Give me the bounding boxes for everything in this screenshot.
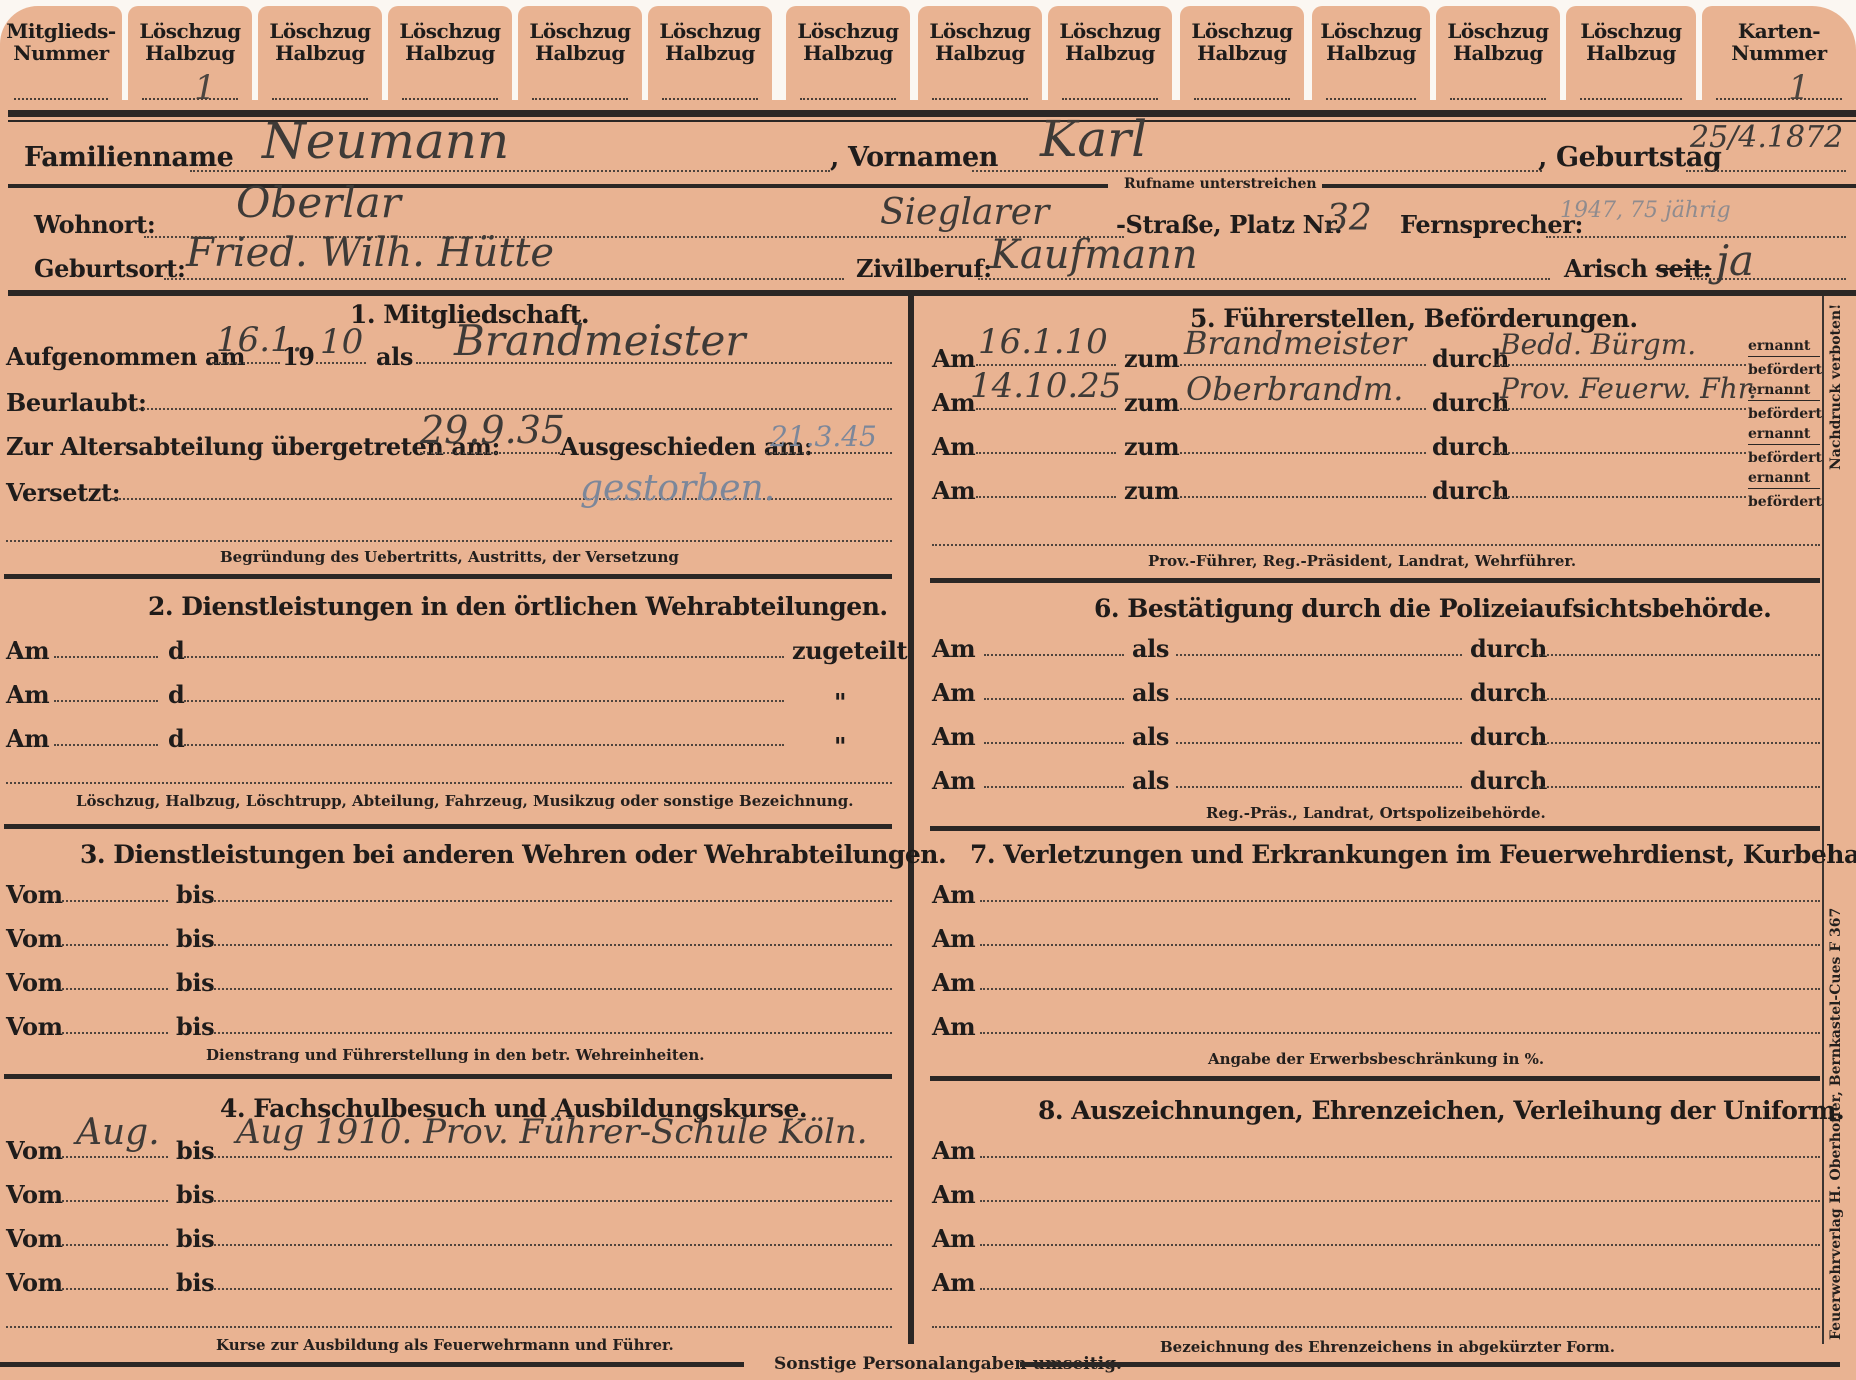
bis-line[interactable]: [214, 1244, 892, 1246]
zum-value: Brandmeister: [1184, 324, 1406, 362]
year-line[interactable]: [316, 362, 366, 364]
am-line[interactable]: [980, 1156, 1820, 1158]
tab-loeschzug-9[interactable]: LöschzugHalbzug: [1180, 6, 1304, 106]
versetzt-label: Versetzt:: [6, 478, 120, 507]
vornamen-value: Karl: [1040, 110, 1147, 168]
section7-bottom-rule: [930, 1076, 1820, 1081]
begruendung-line[interactable]: [6, 540, 892, 542]
tab-dotted-line: [272, 98, 368, 100]
am-line[interactable]: [980, 1032, 1820, 1034]
tab-label-line2: Halbzug: [1048, 42, 1172, 64]
tab-label-line2: Halbzug: [258, 42, 382, 64]
section6-footnote: Reg.-Präs., Landrat, Ortspolizeibehörde.: [1206, 804, 1546, 822]
vom-line[interactable]: [62, 1200, 168, 1202]
zivilberuf-label: Zivilberuf:: [856, 254, 992, 283]
vom-label: Vom: [6, 880, 63, 909]
durch-value: Bedd. Bürgm.: [1500, 328, 1696, 361]
wohnort-label: Wohnort:: [34, 210, 155, 239]
ernannt-label: ernannt: [1748, 470, 1810, 486]
zum-label: zum: [1124, 476, 1179, 505]
tab-loeschzug-11[interactable]: LöschzugHalbzug: [1436, 6, 1560, 106]
zum-label: zum: [1124, 388, 1179, 417]
side-divider: [1748, 444, 1820, 445]
vom-line[interactable]: [62, 1032, 168, 1034]
am-label: Am: [932, 432, 975, 461]
header-bottom-rule: [8, 290, 1856, 296]
am-line[interactable]: [976, 496, 1116, 498]
tab-loeschzug-12[interactable]: LöschzugHalbzug: [1566, 6, 1696, 106]
am-label: Am: [932, 1136, 975, 1165]
zugeteilt-label: zugeteilt: [792, 636, 907, 665]
tab-dotted-line: [1580, 98, 1682, 100]
am-label: Am: [932, 634, 975, 663]
bis-label: bis: [176, 1268, 214, 1297]
als-value: Brandmeister: [454, 316, 745, 365]
tab-dotted-line: [1194, 98, 1290, 100]
geburtsort-value: Fried. Wilh. Hütte: [186, 230, 554, 276]
tab-value: 1: [158, 68, 252, 108]
section8-title: 8. Auszeichnungen, Ehrenzeichen, Verleih…: [1038, 1096, 1844, 1125]
als-label: als: [376, 342, 413, 371]
section7-footnote: Angabe der Erwerbsbeschränkung in %.: [1208, 1050, 1544, 1068]
durch-line[interactable]: [1496, 496, 1746, 498]
als-line[interactable]: [1176, 654, 1462, 656]
bottom-rule-right: [1020, 1362, 1840, 1367]
durch-line[interactable]: [1536, 654, 1820, 656]
am-value: 16.1.10: [978, 322, 1108, 362]
am-label: Am: [6, 724, 49, 753]
section6-bottom-rule: [930, 826, 1820, 831]
am-label: Am: [932, 766, 975, 795]
am-label: Am: [932, 1012, 975, 1041]
tab-label-line1: Löschzug: [128, 20, 252, 42]
rufname-hint: Rufname unterstreichen: [1124, 176, 1317, 192]
bis-label: bis: [176, 880, 214, 909]
fernsprecher-value: 1947, 75 jährig: [1560, 198, 1731, 223]
durch-label: durch: [1432, 476, 1509, 505]
side-divider: [1748, 488, 1820, 489]
vom-line[interactable]: [62, 1288, 168, 1290]
am-label: Am: [932, 1268, 975, 1297]
familienname-label: Familienname: [24, 142, 233, 173]
durch-line[interactable]: [1536, 698, 1820, 700]
d-label: d: [168, 680, 184, 709]
unit-line[interactable]: [184, 700, 784, 702]
ernannt-label: ernannt: [1748, 426, 1810, 442]
rufname-rule-left: [8, 184, 1108, 188]
am-line[interactable]: [980, 944, 1820, 946]
tab-label-line2: Halbzug: [1566, 42, 1696, 64]
tab-loeschzug-6[interactable]: LöschzugHalbzug: [786, 6, 910, 106]
durch-label: durch: [1470, 678, 1547, 707]
geburtstag-value: 25/4.1872: [1690, 120, 1843, 155]
zum-line[interactable]: [1180, 364, 1426, 366]
am-label: Am: [932, 880, 975, 909]
tab-label-line2: Halbzug: [648, 42, 772, 64]
tab-label-line1: Löschzug: [388, 20, 512, 42]
tab-value: 1: [1742, 68, 1856, 108]
bis-label: bis: [176, 924, 214, 953]
section3-footnote: Dienstrang und Führerstellung in den bet…: [206, 1046, 704, 1064]
am-label: Am: [6, 680, 49, 709]
tab-label-line2: Halbzug: [1180, 42, 1304, 64]
tab-dotted-line: [402, 98, 498, 100]
vom-label: Vom: [6, 924, 63, 953]
tab-loeschzug-1[interactable]: LöschzugHalbzug 1: [128, 6, 252, 106]
vom-label: Vom: [6, 1012, 63, 1041]
year-prefix: 19: [282, 342, 315, 371]
durch-label: durch: [1470, 722, 1547, 751]
unit-line[interactable]: [184, 656, 784, 658]
date-line[interactable]: [54, 700, 158, 702]
vom-line[interactable]: [62, 988, 168, 990]
side-divider: [1748, 356, 1820, 357]
year-suffix: 10: [320, 322, 363, 362]
section4-footnote: Kurse zur Ausbildung als Feuerwehrmann u…: [216, 1336, 674, 1354]
tab-label-line2: Halbzug: [388, 42, 512, 64]
befoerdert-label: befördert: [1748, 406, 1822, 422]
versetzt-value: gestorben.: [580, 468, 775, 509]
d-label: d: [168, 636, 184, 665]
tab-label-line2: Halbzug: [518, 42, 642, 64]
vom-line[interactable]: [62, 1244, 168, 1246]
d-label: d: [168, 724, 184, 753]
befoerdert-label: befördert: [1748, 494, 1822, 510]
zivilberuf-value: Kaufmann: [990, 232, 1198, 278]
section6-title: 6. Bestätigung durch die Polizeiaufsicht…: [1094, 594, 1771, 623]
section2-bottom-rule: [4, 824, 892, 829]
tab-label-line1: Löschzug: [648, 20, 772, 42]
vom-line[interactable]: [62, 1156, 168, 1158]
tab-loeschzug-7[interactable]: LöschzugHalbzug: [918, 6, 1042, 106]
tab-label-line2: Halbzug: [786, 42, 910, 64]
zum-line[interactable]: [1180, 452, 1426, 454]
section8-footnote: Bezeichnung des Ehrenzeichens in abgekür…: [1160, 1338, 1615, 1356]
am-label: Am: [6, 636, 49, 665]
durch-line[interactable]: [1536, 786, 1820, 788]
tab-label-line2: Halbzug: [1312, 42, 1430, 64]
section5-bottom-rule: [930, 578, 1820, 583]
zum-value: Oberbrandm.: [1186, 370, 1403, 408]
tab-label-line1: Löschzug: [518, 20, 642, 42]
center-divider: [908, 296, 914, 1344]
tab-loeschzug-3[interactable]: LöschzugHalbzug: [388, 6, 512, 106]
durch-line[interactable]: [1496, 408, 1746, 410]
am-line[interactable]: [980, 900, 1820, 902]
rufname-rule-right: [1322, 184, 1856, 188]
tab-label-line2: Nummer: [0, 42, 122, 64]
tab-mitglieds-nummer[interactable]: Mitglieds-Nummer: [0, 6, 122, 106]
arisch-value: ja: [1716, 236, 1754, 285]
am-label: Am: [932, 388, 975, 417]
tab-loeschzug-8[interactable]: LöschzugHalbzug: [1048, 6, 1172, 106]
am-label: Am: [932, 344, 975, 373]
befoerdert-label: befördert: [1748, 362, 1822, 378]
tab-loeschzug-5[interactable]: LöschzugHalbzug: [648, 6, 772, 106]
vom-line[interactable]: [62, 900, 168, 902]
publisher-imprint: Feuerwehrverlag H. Oberhoffer, Bernkaste…: [1828, 908, 1844, 1340]
familienname-line[interactable]: [190, 170, 830, 172]
tab-dotted-line: [1062, 98, 1158, 100]
zum-label: zum: [1124, 344, 1179, 373]
tab-label-line2: Halbzug: [128, 42, 252, 64]
bis-line[interactable]: [214, 1288, 892, 1290]
am-line[interactable]: [980, 1244, 1820, 1246]
am-line[interactable]: [976, 408, 1116, 410]
tab-dotted-line: [662, 98, 758, 100]
bis-label: bis: [176, 1224, 214, 1253]
als-label: als: [1132, 678, 1169, 707]
zum-line[interactable]: [1180, 408, 1426, 410]
margin-divider: [1822, 296, 1824, 1344]
tab-loeschzug-10[interactable]: LöschzugHalbzug: [1312, 6, 1430, 106]
tab-dotted-line: [1326, 98, 1416, 100]
vom-label: Vom: [6, 1224, 63, 1253]
bis-label: bis: [176, 968, 214, 997]
durch-line[interactable]: [1496, 452, 1746, 454]
alters-line[interactable]: [420, 452, 560, 454]
tab-label-line1: Löschzug: [1048, 20, 1172, 42]
tab-dotted-line: [800, 98, 896, 100]
durch-label: durch: [1470, 766, 1547, 795]
bis-line[interactable]: [214, 944, 892, 946]
fernsprecher-line[interactable]: [1546, 236, 1846, 238]
geburtsort-line[interactable]: [164, 278, 844, 280]
als-label: als: [1132, 722, 1169, 751]
unit-line[interactable]: [184, 744, 784, 746]
tab-label-line1: Löschzug: [1436, 20, 1560, 42]
tab-loeschzug-4[interactable]: LöschzugHalbzug: [518, 6, 642, 106]
tab-karten-nummer[interactable]: Karten-Nummer 1: [1702, 6, 1856, 106]
bis-line[interactable]: [214, 988, 892, 990]
durch-line[interactable]: [1496, 364, 1746, 366]
tab-dotted-line: [1716, 98, 1842, 100]
am-label: Am: [932, 722, 975, 751]
am-line[interactable]: [984, 698, 1124, 700]
beurlaubt-label: Beurlaubt:: [6, 388, 147, 417]
tab-label-line1: Löschzug: [918, 20, 1042, 42]
durch-value: Prov. Feuerw. Fhr.: [1500, 372, 1757, 405]
date-line[interactable]: [54, 656, 158, 658]
bis-value: Aug 1910. Prov. Führer-Schule Köln.: [236, 1112, 868, 1152]
am-value: 14.10.25: [970, 366, 1121, 406]
am-line[interactable]: [976, 452, 1116, 454]
tab-dotted-line: [532, 98, 628, 100]
ausgeschieden-value: 21.3.45: [770, 420, 877, 453]
durch-label: durch: [1432, 344, 1509, 373]
bis-line[interactable]: [214, 1200, 892, 1202]
am-label: Am: [932, 678, 975, 707]
section3-bottom-rule: [4, 1074, 892, 1079]
zum-line[interactable]: [1180, 496, 1426, 498]
section2-extra-line[interactable]: [6, 782, 892, 784]
am-line[interactable]: [980, 1288, 1820, 1290]
section4-extra-line[interactable]: [6, 1326, 892, 1328]
am-line[interactable]: [984, 786, 1124, 788]
wohnort-value: Oberlar: [236, 178, 401, 227]
vom-value: Aug.: [76, 1112, 160, 1153]
durch-line[interactable]: [1536, 742, 1820, 744]
ditto-mark: ": [834, 732, 846, 761]
bottom-rule-left: [0, 1362, 744, 1367]
am-line[interactable]: [984, 654, 1124, 656]
tab-label-line1: Löschzug: [1180, 20, 1304, 42]
arisch-line[interactable]: [1690, 278, 1846, 280]
arisch-text: Arisch: [1564, 254, 1648, 283]
section2-footnote: Löschzug, Halbzug, Löschtrupp, Abteilung…: [76, 792, 854, 810]
tab-label-line1: Löschzug: [1566, 20, 1696, 42]
tab-label-line1: Mitglieds-: [0, 20, 122, 42]
tab-dotted-line: [932, 98, 1028, 100]
section1-footnote: Begründung des Uebertritts, Austritts, d…: [220, 548, 679, 566]
als-line[interactable]: [1176, 786, 1462, 788]
zum-label: zum: [1124, 432, 1179, 461]
section1-bottom-rule: [4, 574, 892, 579]
am-line[interactable]: [980, 1200, 1820, 1202]
tab-label-line2: Nummer: [1702, 42, 1856, 64]
nachdruck-verboten: Nachdruck verboten!: [1828, 304, 1844, 470]
als-label: als: [1132, 634, 1169, 663]
strasse-value: Sieglarer: [880, 192, 1049, 233]
als-label: als: [1132, 766, 1169, 795]
alters-value: 29.9.35: [420, 408, 565, 452]
vornamen-line[interactable]: [972, 170, 1542, 172]
am-line[interactable]: [980, 988, 1820, 990]
tab-label-line1: Löschzug: [786, 20, 910, 42]
tab-label-line2: Halbzug: [918, 42, 1042, 64]
tab-dotted-line: [14, 98, 108, 100]
am-label: Am: [932, 924, 975, 953]
membership-card: Mitglieds-Nummer LöschzugHalbzug 1 Lösch…: [0, 0, 1856, 1380]
als-line[interactable]: [1176, 698, 1462, 700]
aufgenommen-date-line[interactable]: [212, 362, 280, 364]
date-line[interactable]: [54, 744, 158, 746]
am-line[interactable]: [984, 742, 1124, 744]
durch-label: durch: [1432, 432, 1509, 461]
vom-label: Vom: [6, 1268, 63, 1297]
bis-line[interactable]: [214, 900, 892, 902]
am-label: Am: [932, 1180, 975, 1209]
bis-label: bis: [176, 1012, 214, 1041]
section5-footnote: Prov.-Führer, Reg.-Präsident, Landrat, W…: [1148, 552, 1576, 570]
vornamen-label: , Vornamen: [830, 142, 998, 173]
am-label: Am: [932, 1224, 975, 1253]
vom-label: Vom: [6, 1136, 63, 1165]
geburtsort-label: Geburtsort:: [34, 254, 185, 283]
als-line[interactable]: [1176, 742, 1462, 744]
ernannt-label: ernannt: [1748, 338, 1810, 354]
tab-label-line2: Halbzug: [1436, 42, 1560, 64]
ernannt-label: ernannt: [1748, 382, 1810, 398]
hausnummer-value: 32: [1326, 198, 1372, 239]
zivilberuf-line[interactable]: [978, 278, 1550, 280]
fernsprecher-label: Fernsprecher:: [1400, 210, 1583, 239]
section8-extra-line[interactable]: [932, 1326, 1820, 1328]
am-label: Am: [932, 968, 975, 997]
vom-line[interactable]: [62, 944, 168, 946]
durch-label: durch: [1470, 634, 1547, 663]
aufgenommen-label: Aufgenommen am: [6, 342, 245, 371]
tab-dotted-line: [142, 98, 238, 100]
befoerdert-label: befördert: [1748, 450, 1822, 466]
section3-title: 3. Dienstleistungen bei anderen Wehren o…: [80, 840, 946, 869]
vom-label: Vom: [6, 968, 63, 997]
tab-dotted-line: [1450, 98, 1546, 100]
bis-line[interactable]: [214, 1156, 892, 1158]
bis-label: bis: [176, 1180, 214, 1209]
tab-label-line1: Löschzug: [258, 20, 382, 42]
geburtstag-line[interactable]: [1686, 170, 1846, 172]
section2-title: 2. Dienstleistungen in den örtlichen Weh…: [148, 592, 888, 621]
side-divider: [1748, 400, 1820, 401]
section5-extra-line[interactable]: [932, 544, 1820, 546]
familienname-value: Neumann: [262, 112, 509, 170]
bis-label: bis: [176, 1136, 214, 1165]
ditto-mark: ": [834, 688, 846, 717]
vom-label: Vom: [6, 1180, 63, 1209]
bis-line[interactable]: [214, 1032, 892, 1034]
durch-label: durch: [1432, 388, 1509, 417]
section7-title: 7. Verletzungen und Erkrankungen im Feue…: [970, 840, 1856, 869]
am-label: Am: [932, 476, 975, 505]
tab-label-line1: Karten-: [1702, 20, 1856, 42]
tab-loeschzug-2[interactable]: LöschzugHalbzug: [258, 6, 382, 106]
tab-label-line1: Löschzug: [1312, 20, 1430, 42]
